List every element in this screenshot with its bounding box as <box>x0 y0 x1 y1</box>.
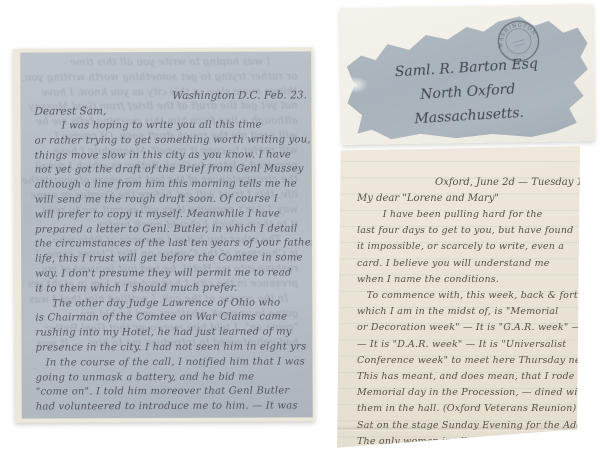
handwriting-line: The only woman in all this, — and must m… <box>357 434 566 449</box>
handwriting-line: the circumstances of the last ten years … <box>35 237 302 253</box>
handwriting-line: prepared a letter to Genl. Butler, in wh… <box>35 222 302 238</box>
handwriting-line: will prefer to copy it myself. Meanwhile… <box>35 207 302 223</box>
handwriting-line: going to unmask a battery, and he bid me <box>36 370 303 386</box>
left-letter-dateline: Washington D.C. Feb. 23. 1874 <box>172 87 301 104</box>
handwriting-line: I was hoping to write you all this time <box>34 118 301 134</box>
handwriting-line: To commence with, this week, back & fort… <box>357 288 566 304</box>
envelope-address: Saml. R. Barton EsqNorth OxfordMassachus… <box>345 49 590 135</box>
handwriting-line: it to them which I should much prefer. <box>35 281 302 297</box>
envelope-sleeve: Saml. R. Barton EsqNorth OxfordMassachus… <box>340 4 595 145</box>
handwriting-line: last four days to get to you, but have f… <box>357 223 566 239</box>
left-letter-text: Washington D.C. Feb. 23. 1874 Dearest Sa… <box>20 51 313 418</box>
right-letter-fold-crease <box>337 426 580 431</box>
handwriting-line: In the course of the call, I notified hi… <box>36 355 303 371</box>
right-letter-body: I have been pulling hard for thelast fou… <box>357 207 566 449</box>
handwriting-line: — It is "D.A.R. week" — It is "Universal… <box>357 337 566 353</box>
right-letter-dateline: Oxford, June 2d — Tuesday 1908 <box>435 174 566 191</box>
handwriting-line: although a line from him this morning te… <box>35 178 302 194</box>
handwriting-line: it impossible, or scarcely to write, eve… <box>357 239 566 255</box>
left-letter-salutation: Dearest Sam, <box>34 103 301 119</box>
handwriting-line: will send me the rough draft soon. Of co… <box>35 192 302 208</box>
handwriting-line: or Decoration week" — It is "G.A.R. week… <box>357 320 566 336</box>
handwriting-line: which I am in the midst of, is "Memorial <box>357 304 566 320</box>
handwriting-line: not yet got the draft of the Brief from … <box>35 163 302 179</box>
handwriting-line: presence in the city. I had not seen him… <box>35 340 302 356</box>
handwriting-line: "come on". I told him moreover that Genl… <box>36 385 303 401</box>
handwriting-line: when I name the conditions. <box>357 272 566 288</box>
handwriting-line: is Chairman of the Comtee on War Claims … <box>35 311 302 327</box>
handwriting-line: rushing into my Hotel, he had just learn… <box>35 326 302 342</box>
handwriting-line: Memorial day in the Procession, — dined … <box>357 385 566 401</box>
handwriting-line: card. I believe you will understand me <box>357 256 566 272</box>
handwriting-line: way. I don't presume they will permit me… <box>35 266 302 282</box>
postmark-text: WASHINGTON D.C. <box>489 12 539 50</box>
left-letter-page: I was hoping to write you all this timeo… <box>20 51 313 418</box>
handwriting-line: had volunteered to introduce me to him. … <box>36 400 303 416</box>
envelope-fragment: Saml. R. Barton EsqNorth OxfordMassachus… <box>346 14 589 140</box>
left-letter-body: I was hoping to write you all this timeo… <box>34 118 302 415</box>
right-letter-text: Oxford, June 2d — Tuesday 1908 My dear "… <box>337 146 580 449</box>
handwriting-line: The other day Judge Lawrence of Ohio who <box>35 296 302 312</box>
handwriting-line: life, this I trust will get before the C… <box>35 252 302 268</box>
handwriting-line: This has meant, and does mean, that I ro… <box>357 369 566 385</box>
handwriting-line: or rather trying to get something worth … <box>35 133 302 149</box>
handwriting-line: Conference week" to meet here Thursday n… <box>357 353 566 369</box>
handwriting-line: I have been pulling hard for the <box>357 207 566 223</box>
right-letter-salutation: My dear "Lorene and Mary" <box>357 191 566 207</box>
handwriting-line: things move slow in this city as you kno… <box>35 148 302 164</box>
svg-text:WASHINGTON D.C.: WASHINGTON D.C. <box>489 12 539 50</box>
handwriting-line: them in the hall. (Oxford Veterans Reuni… <box>357 401 566 417</box>
right-letter-page: Oxford, June 2d — Tuesday 1908 My dear "… <box>337 146 580 449</box>
documents-photo: I was hoping to write you all this timeo… <box>0 0 600 454</box>
